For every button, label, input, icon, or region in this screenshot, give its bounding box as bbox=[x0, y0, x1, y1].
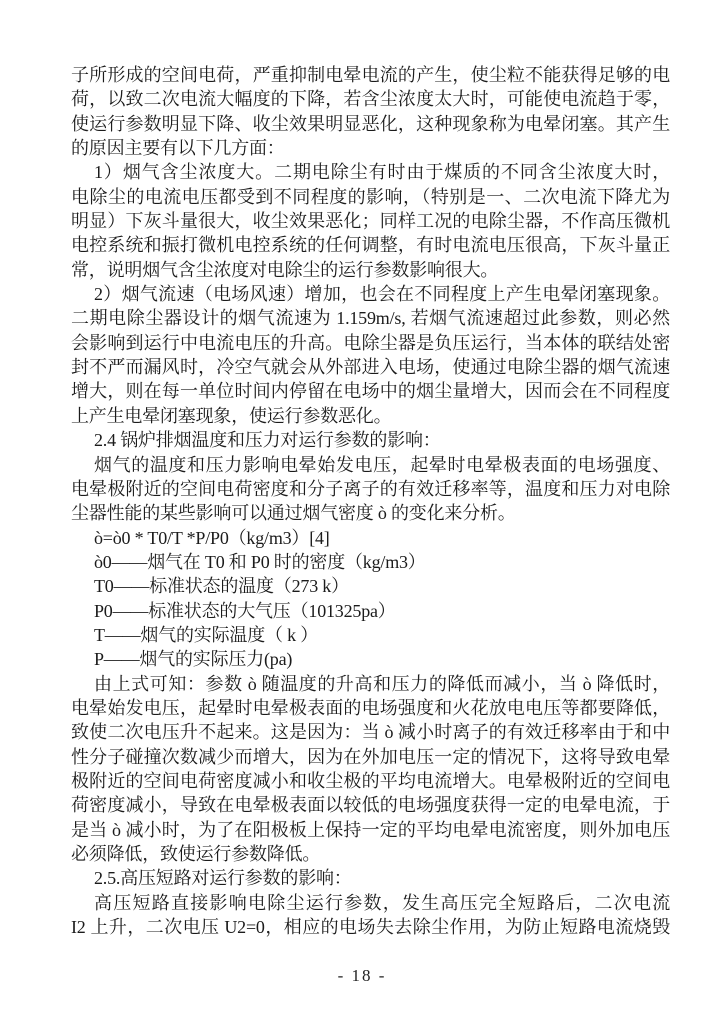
text-line: P——烟气的实际压力(pa) bbox=[71, 647, 670, 671]
text-line: 常，说明烟气含尘浓度对电除尘的运行参数影响很大。 bbox=[71, 258, 670, 282]
text-line: 高压短路直接影响电除尘运行参数，发生高压完全短路后，二次电流 bbox=[71, 891, 670, 915]
text-line: 2.5.高压短路对运行参数的影响： bbox=[71, 866, 670, 890]
document-body: 子所形成的空间电荷，严重抑制电晕电流的产生，使尘粒不能获得足够的电荷，以致二次电… bbox=[71, 63, 670, 939]
text-line: 上产生电晕闭塞现象，使运行参数恶化。 bbox=[71, 404, 670, 428]
text-line: T——烟气的实际温度（ k ） bbox=[71, 623, 670, 647]
text-line: 电除尘的电流电压都受到不同程度的影响，（特别是一、二次电流下降尤为 bbox=[71, 185, 670, 209]
text-line: 荷，以致二次电流大幅度的下降，若含尘浓度太大时，可能使电流趋于零， bbox=[71, 87, 670, 111]
text-line: 由上式可知：参数 ò 随温度的升高和压力的降低而减小，当 ò 降低时， bbox=[71, 672, 670, 696]
text-line: 致使二次电压升不起来。这是因为：当 ò 减小时离子的有效迁移率由于和中 bbox=[71, 720, 670, 744]
text-line: 增大，则在每一单位时间内停留在电场中的烟尘量增大，因而会在不同程度 bbox=[71, 379, 670, 403]
text-line: T0——标准状态的温度（273 k） bbox=[71, 574, 670, 598]
text-line: P0——标准状态的大气压（101325pa） bbox=[71, 599, 670, 623]
text-line: 电控系统和振打微机电控系统的任何调整，有时电流电压很高，下灰斗量正 bbox=[71, 233, 670, 257]
text-line: 2）烟气流速（电场风速）增加，也会在不同程度上产生电晕闭塞现象。 bbox=[71, 282, 670, 306]
text-line: 电晕极附近的空间电荷密度和分子离子的有效迁移率等，温度和压力对电除 bbox=[71, 477, 670, 501]
text-line: 使运行参数明显下降、收尘效果明显恶化，这种现象称为电晕闭塞。其产生 bbox=[71, 112, 670, 136]
text-line: 性分子碰撞次数减少而增大，因为在外加电压一定的情况下，这将导致电晕 bbox=[71, 745, 670, 769]
text-line: 极附近的空间电荷密度减小和收尘极的平均电流增大。电晕极附近的空间电 bbox=[71, 769, 670, 793]
text-line: 烟气的温度和压力影响电晕始发电压，起晕时电晕极表面的电场强度、 bbox=[71, 453, 670, 477]
text-line: 尘器性能的某些影响可以通过烟气密度 ò 的变化来分析。 bbox=[71, 501, 670, 525]
text-line: ò=ò0 * T0/T *P/P0（kg/m3）[4] bbox=[71, 526, 670, 550]
text-line: 封不严而漏风时，冷空气就会从外部进入电场，使通过电除尘器的烟气流速 bbox=[71, 355, 670, 379]
text-line: 是当 ò 减小时，为了在阳极板上保持一定的平均电晕电流密度，则外加电压 bbox=[71, 818, 670, 842]
text-line: 的原因主要有以下几方面： bbox=[71, 136, 670, 160]
text-line: ò0——烟气在 T0 和 P0 时的密度（kg/m3） bbox=[71, 550, 670, 574]
text-line: 子所形成的空间电荷，严重抑制电晕电流的产生，使尘粒不能获得足够的电 bbox=[71, 63, 670, 87]
text-line: 必须降低，致使运行参数降低。 bbox=[71, 842, 670, 866]
text-line: 电晕始发电压，起晕时电晕极表面的电场强度和火花放电电压等都要降低， bbox=[71, 696, 670, 720]
text-line: 荷密度减小，导致在电晕极表面以较低的电场强度获得一定的电晕电流，于 bbox=[71, 793, 670, 817]
page-number: - 18 - bbox=[0, 966, 724, 986]
text-line: 1）烟气含尘浓度大。二期电除尘有时由于煤质的不同含尘浓度大时， bbox=[71, 160, 670, 184]
document-page: 子所形成的空间电荷，严重抑制电晕电流的产生，使尘粒不能获得足够的电荷，以致二次电… bbox=[0, 0, 724, 1024]
text-line: 2.4 锅炉排烟温度和压力对运行参数的影响： bbox=[71, 428, 670, 452]
text-line: 会影响到运行中电流电压的升高。电除尘器是负压运行，当本体的联结处密 bbox=[71, 331, 670, 355]
text-line: 明显）下灰斗量很大，收尘效果恶化；同样工况的电除尘器，不作高压微机 bbox=[71, 209, 670, 233]
text-line: 二期电除尘器设计的烟气流速为 1.159m/s, 若烟气流速超过此参数，则必然 bbox=[71, 306, 670, 330]
text-line: I2 上升，二次电压 U2=0，相应的电场失去除尘作用，为防止短路电流烧毁 bbox=[71, 915, 670, 939]
